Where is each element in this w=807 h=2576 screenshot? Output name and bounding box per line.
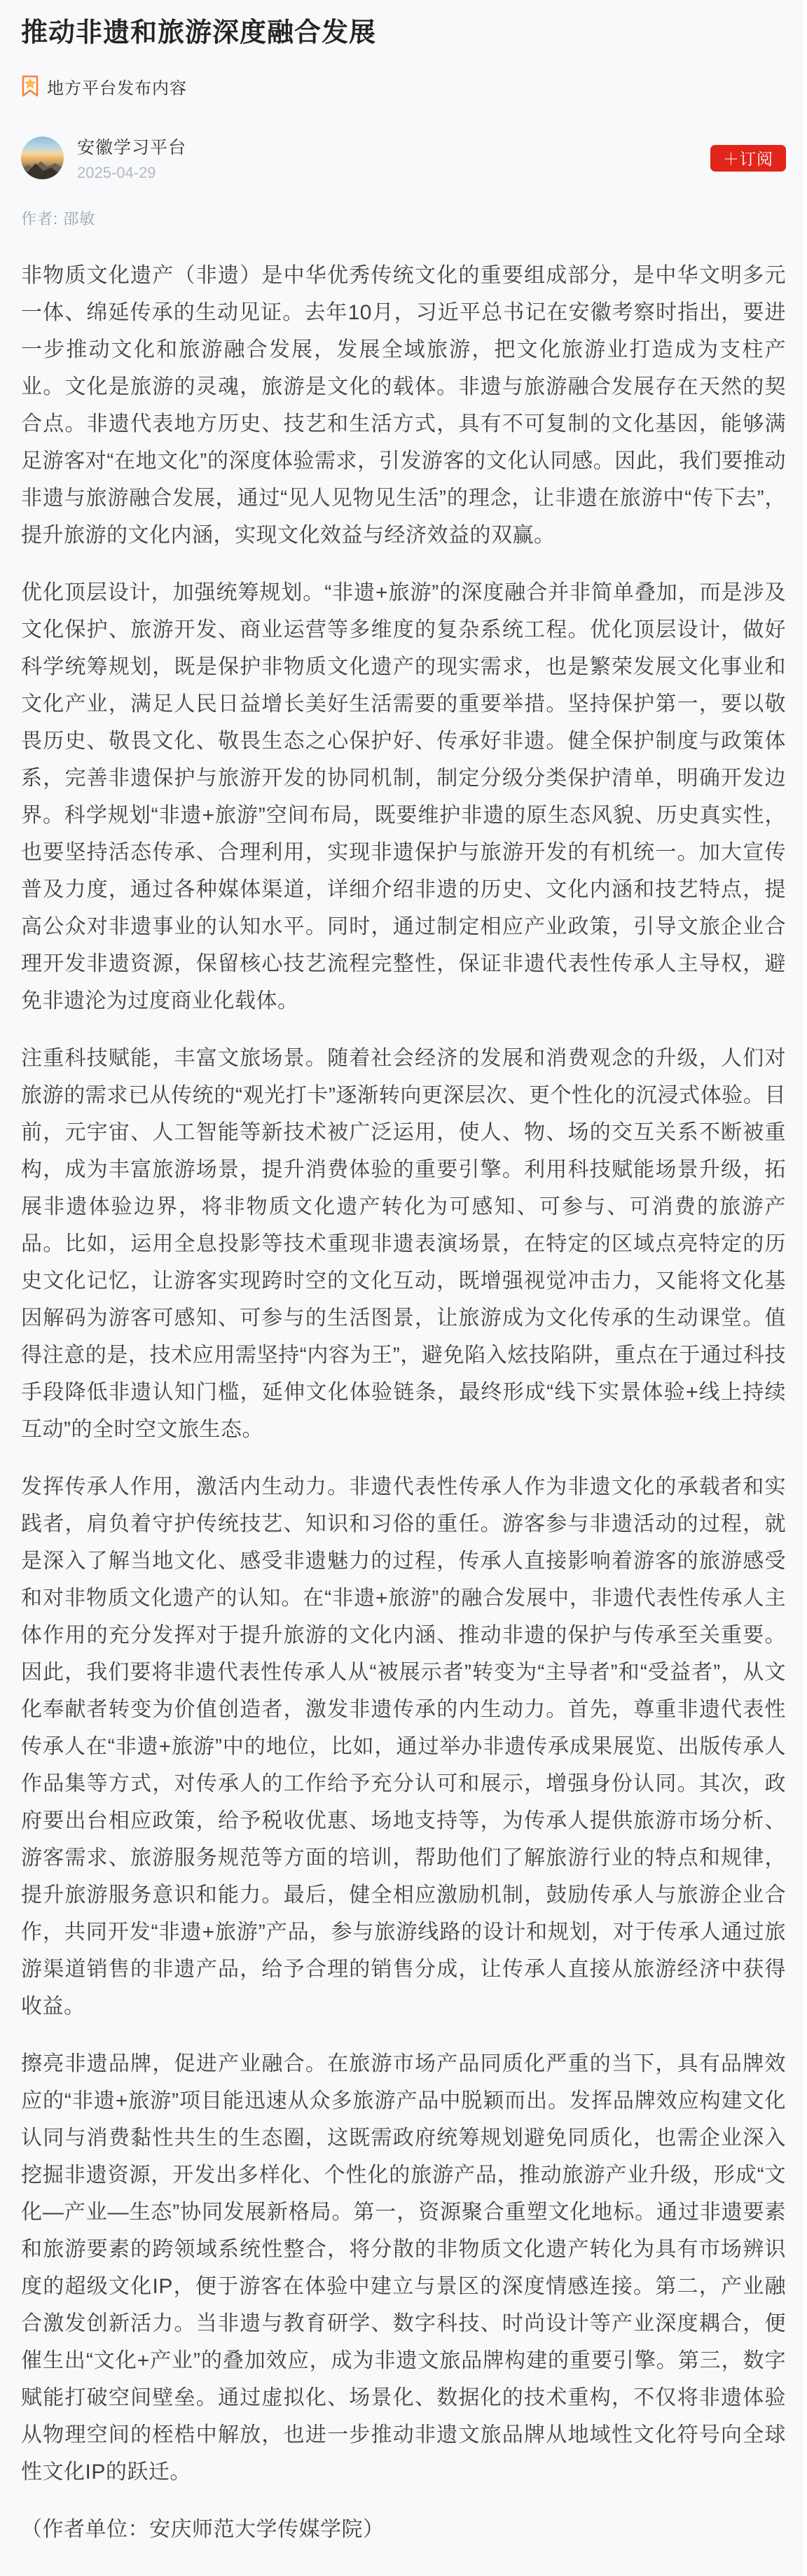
article-paragraph: 注重科技赋能，丰富文旅场景。随着社会经济的发展和消费观念的升级，人们对旅游的需求… [21,1040,786,1448]
article-paragraph: 擦亮非遗品牌，促进产业融合。在旅游市场产品同质化严重的当下，具有品牌效应的“非遗… [21,2045,786,2491]
author-info: 安徽学习平台 2025-04-29 [77,134,710,182]
article-paragraph: 非物质文化遗产（非遗）是中华优秀传统文化的重要组成部分，是中华文明多元一体、绵延… [21,257,786,554]
subscribe-button[interactable]: ＋订阅 [710,145,786,172]
author-card: 安徽学习平台 2025-04-29 ＋订阅 [21,134,786,182]
byline: 作者: 邵敏 [21,207,786,229]
platform-badge: 地方平台发布内容 [21,74,786,99]
article-page: 推动非遗和旅游深度融合发展 地方平台发布内容 安徽学习平台 2025-04-29… [0,0,801,2576]
scrollbar[interactable] [801,0,807,2576]
page-title: 推动非遗和旅游深度融合发展 [21,0,786,49]
article-paragraph: 优化顶层设计，加强统筹规划。“非遗+旅游”的深度融合并非简单叠加，而是涉及文化保… [21,574,786,1019]
platform-badge-label: 地方平台发布内容 [47,74,187,99]
article-body: 非物质文化遗产（非遗）是中华优秀传统文化的重要组成部分，是中华文明多元一体、绵延… [21,257,786,2548]
author-name[interactable]: 安徽学习平台 [77,134,710,159]
publish-date: 2025-04-29 [77,164,710,182]
article-author-unit-note: （作者单位：安庆师范大学传媒学院） [21,2511,786,2548]
article-paragraph: 发挥传承人作用，激活内生动力。非遗代表性传承人作为非遗文化的承载者和实践者，肩负… [21,1468,786,2025]
avatar[interactable] [21,137,64,179]
bookmark-star-icon [21,75,39,98]
